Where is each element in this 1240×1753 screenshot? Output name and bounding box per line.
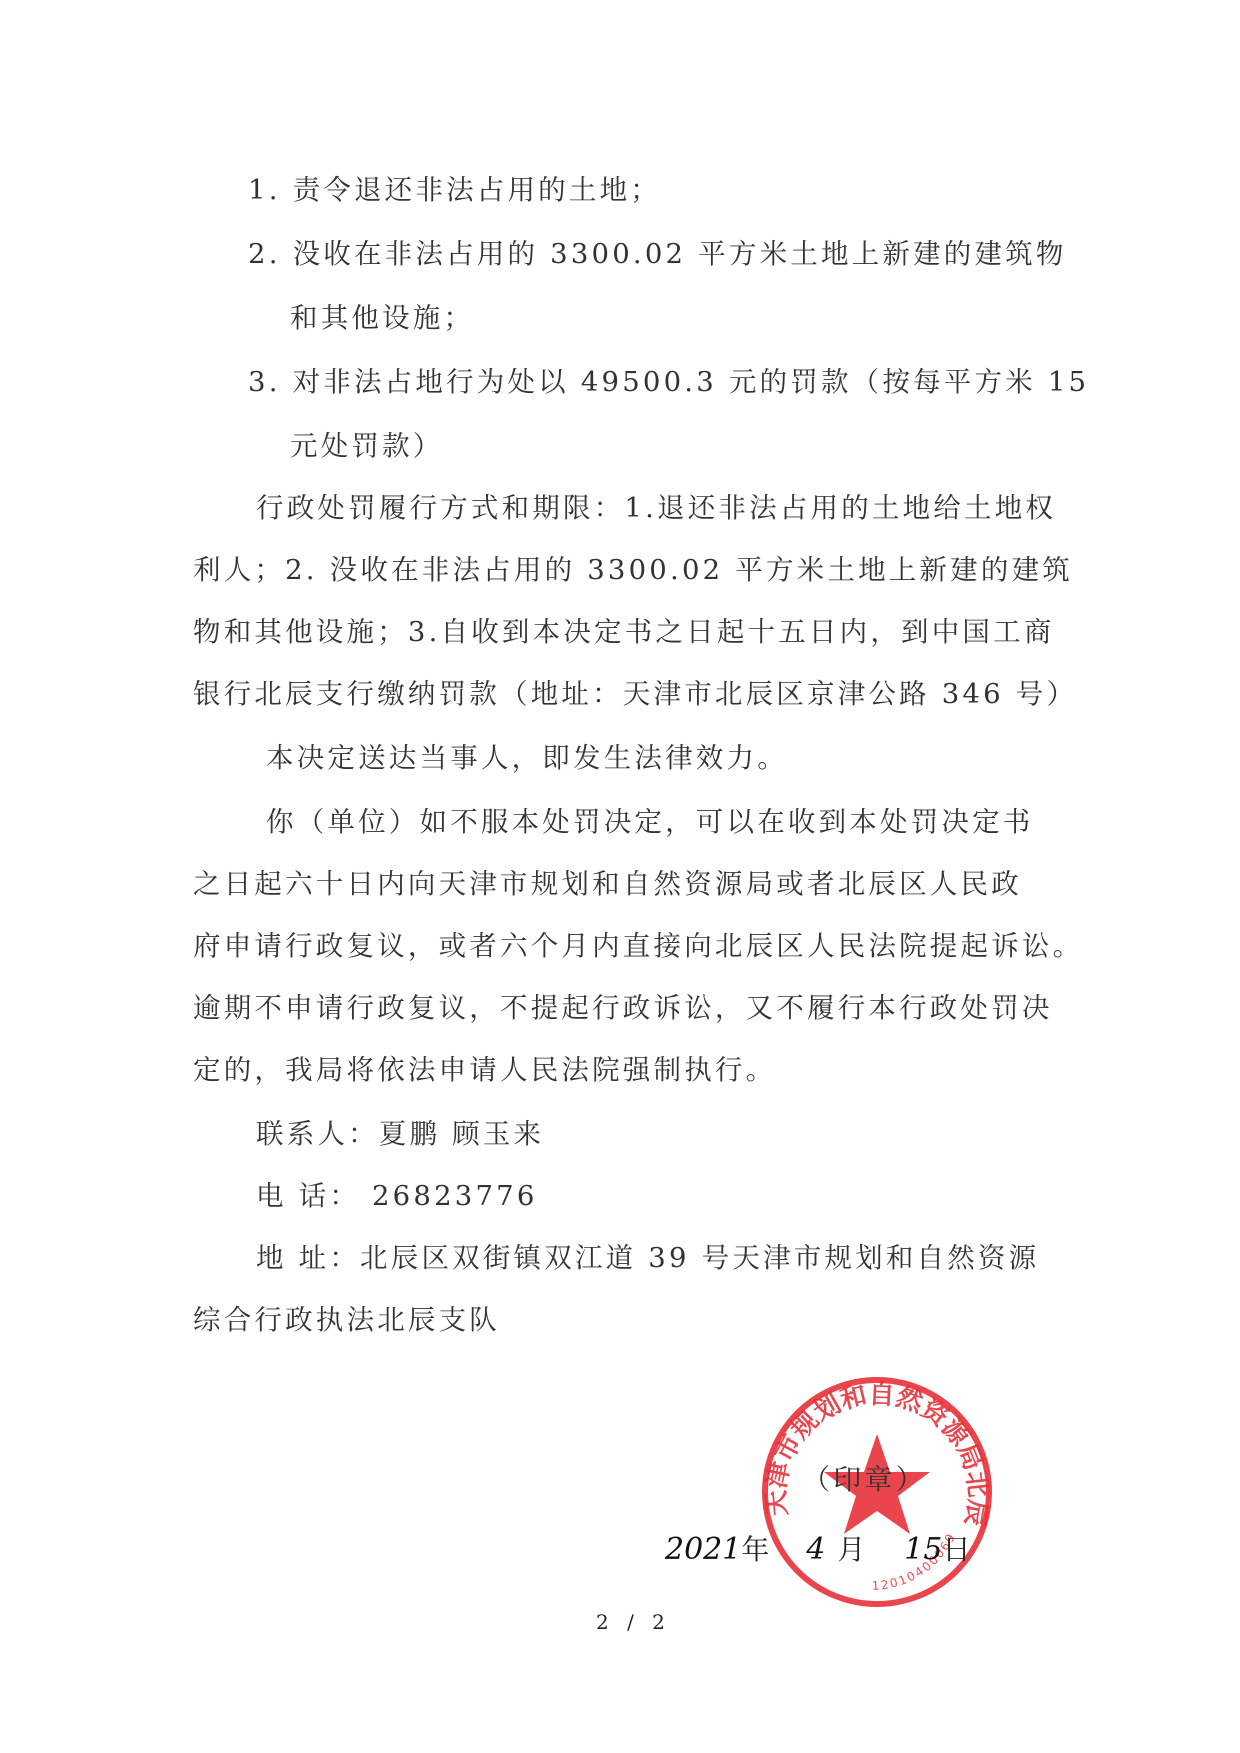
text-line: 3. 对非法占地行为处以 49500.3 元的罚款（按每平方米 15 [248, 364, 1089, 400]
text-line: 定的，我局将依法申请人民法院强制执行。 [193, 1052, 776, 1088]
seal-label: （印章） [802, 1462, 927, 1498]
text-line: 利人；2. 没收在非法占用的 3300.02 平方米土地上新建的建筑 [193, 552, 1073, 588]
text-line: 联系人：夏鹏 顾玉来 [256, 1116, 544, 1152]
text-line: 府申请行政复议，或者六个月内直接向北辰区人民法院提起诉讼。 [193, 928, 1083, 964]
text-line: 你（单位）如不服本处罚决定，可以在收到本处罚决定书 [266, 804, 1034, 840]
text-line: 行政处罚履行方式和期限：1.退还非法占用的土地给土地权 [256, 490, 1056, 526]
text-line: 综合行政执法北辰支队 [193, 1302, 500, 1338]
text-line: 1. 责令退还非法占用的土地； [248, 172, 661, 208]
text-line: 元处罚款） [290, 428, 444, 464]
date-month: 4 [806, 1532, 825, 1567]
document-page: 1. 责令退还非法占用的土地；2. 没收在非法占用的 3300.02 平方米土地… [0, 0, 1240, 1753]
text-line: 物和其他设施；3.自收到本决定书之日起十五日内，到中国工商 [193, 614, 1055, 650]
text-line: 逾期不申请行政复议，不提起行政诉讼，又不履行本行政处罚决 [193, 990, 1053, 1026]
signature-date: 2021年 4月 15日 [665, 1528, 971, 1568]
text-line: 和其他设施； [290, 300, 474, 336]
text-line: 本决定送达当事人，即发生法律效力。 [266, 740, 788, 776]
text-line: 之日起六十日内向天津市规划和自然资源局或者北辰区人民政 [193, 866, 1022, 902]
text-line: 电 话： 26823776 [256, 1178, 538, 1214]
text-line: 银行北辰支行缴纳罚款（地址：天津市北辰区京津公路 346 号） [193, 676, 1077, 712]
text-line: 地 址：北辰区双街镇双江道 39 号天津市规划和自然资源 [256, 1240, 1039, 1276]
date-month-suffix: 月 [837, 1533, 865, 1566]
text-line: 2. 没收在非法占用的 3300.02 平方米土地上新建的建筑物 [248, 236, 1067, 272]
date-day: 15 [904, 1532, 942, 1567]
date-day-suffix: 日 [942, 1533, 970, 1566]
page-number: 2 / 2 [596, 1610, 671, 1634]
date-year-suffix: 年 [741, 1533, 769, 1566]
date-year: 2021 [665, 1532, 741, 1567]
